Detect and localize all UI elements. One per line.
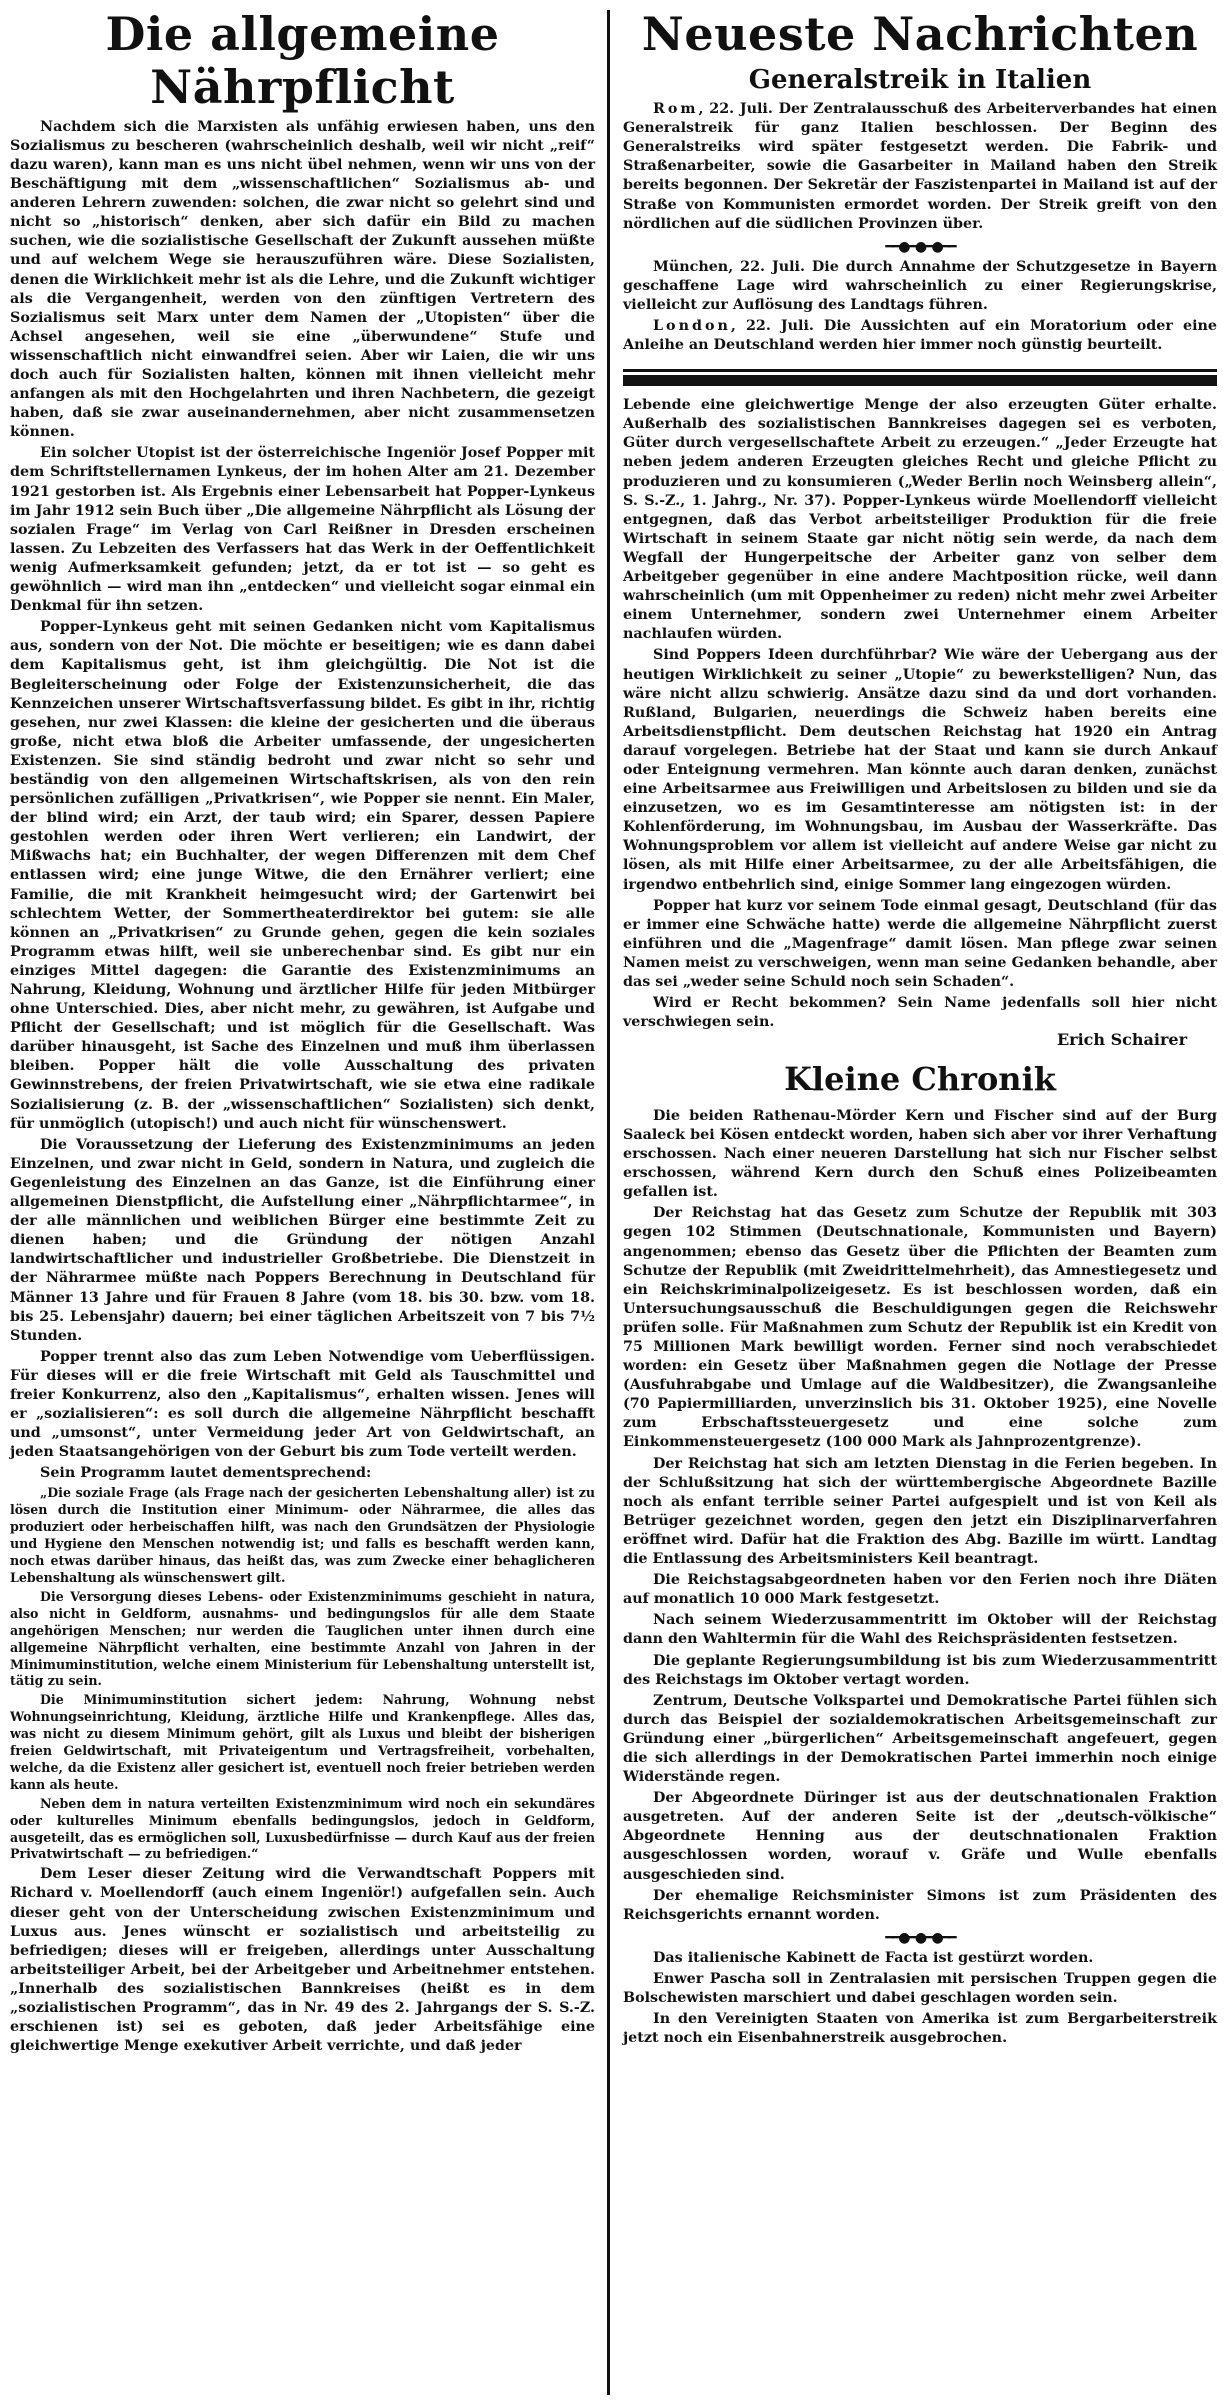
- article-continuation: Sind Poppers Ideen durchführbar? Wie wär…: [623, 646, 1217, 894]
- program-quote: Die Minimuminstitution sichert jedem: Na…: [10, 1692, 595, 1793]
- newspaper-page: Die allgemeine Nährpflicht Nachdem sich …: [0, 0, 1223, 2400]
- article-paragraph: Dem Leser dieser Zeitung wird die Verwan…: [10, 1865, 595, 2056]
- news-place: Rom: [653, 101, 699, 117]
- article-paragraph: Ein solcher Utopist ist der österreichis…: [10, 444, 595, 616]
- chronik-item: Der Reichstag hat das Gesetz zum Schutze…: [623, 1204, 1217, 1452]
- article-paragraph: Popper-Lynkeus geht mit seinen Gedanken …: [10, 618, 595, 1134]
- left-column: Die allgemeine Nährpflicht Nachdem sich …: [0, 0, 607, 2400]
- chronik-short-item: Enwer Pascha soll in Zentralasien mit pe…: [623, 1970, 1217, 2008]
- right-column: Neueste Nachrichten Generalstreik in Ita…: [610, 0, 1223, 2400]
- program-quote: Neben dem in natura verteilten Existenzm…: [10, 1796, 595, 1864]
- chronik-item: Die geplante Regierungsumbildung ist bis…: [623, 1652, 1217, 1690]
- news-subhead: Generalstreik in Italien: [623, 65, 1217, 96]
- ornament-divider: ━━●━●━●━━: [623, 236, 1217, 258]
- article-continuation: Lebende eine gleichwertige Menge der als…: [623, 396, 1217, 644]
- chronik-item: Der Reichstag hat sich am letzten Dienst…: [623, 1455, 1217, 1570]
- author-signature: Erich Schairer: [623, 1030, 1217, 1049]
- chronik-short-item: In den Vereinigten Staaten von Amerika i…: [623, 2010, 1217, 2048]
- chronik-item: Der ehemalige Reichsminister Simons ist …: [623, 1887, 1217, 1925]
- chronik-short-item: Das italienische Kabinett de Facta ist g…: [623, 1949, 1217, 1968]
- program-quote: Die Versorgung dieses Lebens- oder Exist…: [10, 1589, 595, 1690]
- ornament-divider: ━━●━●━●━━: [623, 1927, 1217, 1949]
- news-place: London: [653, 318, 731, 334]
- news-item-muenchen: München, 22. Juli. Die durch Annahme der…: [623, 258, 1217, 315]
- news-date: 22. Juli.: [746, 318, 814, 334]
- news-date: 22. Juli.: [740, 259, 805, 275]
- article-paragraph: Sein Programm lautet dementsprechend:: [10, 1464, 595, 1483]
- article-continuation: Wird er Recht bekommen? Sein Name jedenf…: [623, 994, 1217, 1032]
- article-paragraph: Nachdem sich die Marxisten als unfähig e…: [10, 118, 595, 443]
- article-headline: Die allgemeine Nährpflicht: [10, 8, 595, 114]
- news-date: 22. Juli.: [709, 101, 773, 117]
- chronik-item: Zentrum, Deutsche Volkspartei und Demokr…: [623, 1692, 1217, 1787]
- section-rule: [623, 369, 1217, 386]
- rule-thick: [623, 375, 1217, 386]
- news-place: München: [653, 259, 728, 275]
- program-quote: „Die soziale Frage (als Frage nach der g…: [10, 1485, 595, 1586]
- article-paragraph: Popper trennt also das zum Leben Notwend…: [10, 1348, 595, 1463]
- news-item-london: London, 22. Juli. Die Aussichten auf ein…: [623, 317, 1217, 355]
- news-item-rom: Rom, 22. Juli. Der Zentralausschuß des A…: [623, 100, 1217, 234]
- chronik-item: Der Abgeordnete Düringer ist aus der deu…: [623, 1789, 1217, 1884]
- chronik-item: Nach seinem Wiederzusammentritt im Oktob…: [623, 1611, 1217, 1649]
- news-headline: Neueste Nachrichten: [623, 8, 1217, 61]
- chronik-item: Die beiden Rathenau-Mörder Kern und Fisc…: [623, 1107, 1217, 1202]
- chronik-item: Die Reichstagsabgeordneten haben vor den…: [623, 1571, 1217, 1609]
- chronik-headline: Kleine Chronik: [623, 1059, 1217, 1101]
- news-text: Der Zentralausschuß des Arbeiterverbande…: [623, 101, 1217, 232]
- rule-thin: [623, 369, 1217, 372]
- article-paragraph: Die Voraussetzung der Lieferung des Exis…: [10, 1136, 595, 1346]
- article-continuation: Popper hat kurz vor seinem Tode einmal g…: [623, 897, 1217, 992]
